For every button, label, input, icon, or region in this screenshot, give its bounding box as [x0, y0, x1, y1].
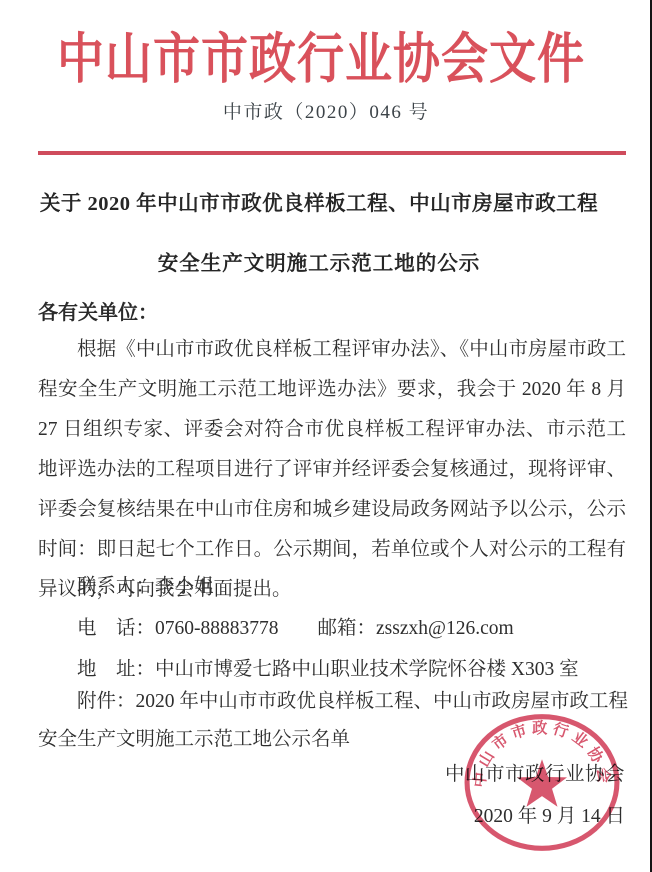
official-seal: 中山市市政行业协会 [462, 710, 622, 855]
notice-title-line2: 安全生产文明施工示范工地的公示 [0, 246, 638, 276]
document-page: 中山市市政行业协会文件 中市政（2020）046 号 关于 2020 年中山市市… [0, 0, 652, 872]
seal-star-icon [517, 759, 567, 807]
contact-phone-line: 电 话：0760-88883778 邮箱：zsszxh@126.com [38, 608, 626, 650]
contact-person-line: 联系人：李小姐 [38, 566, 626, 608]
notice-title-line1: 关于 2020 年中山市市政优良样板工程、中山市房屋市政工程 [0, 186, 638, 216]
contact-block: 联系人：李小姐 电 话：0760-88883778 邮箱：zsszxh@126.… [38, 566, 626, 691]
red-header-rule [38, 151, 626, 155]
letterhead-org-title: 中山市市政行业协会文件 [0, 16, 642, 94]
salutation: 各有关单位： [38, 296, 158, 325]
seal-graphic: 中山市市政行业协会 [462, 710, 622, 855]
document-number: 中市政（2020）046 号 [0, 97, 652, 124]
